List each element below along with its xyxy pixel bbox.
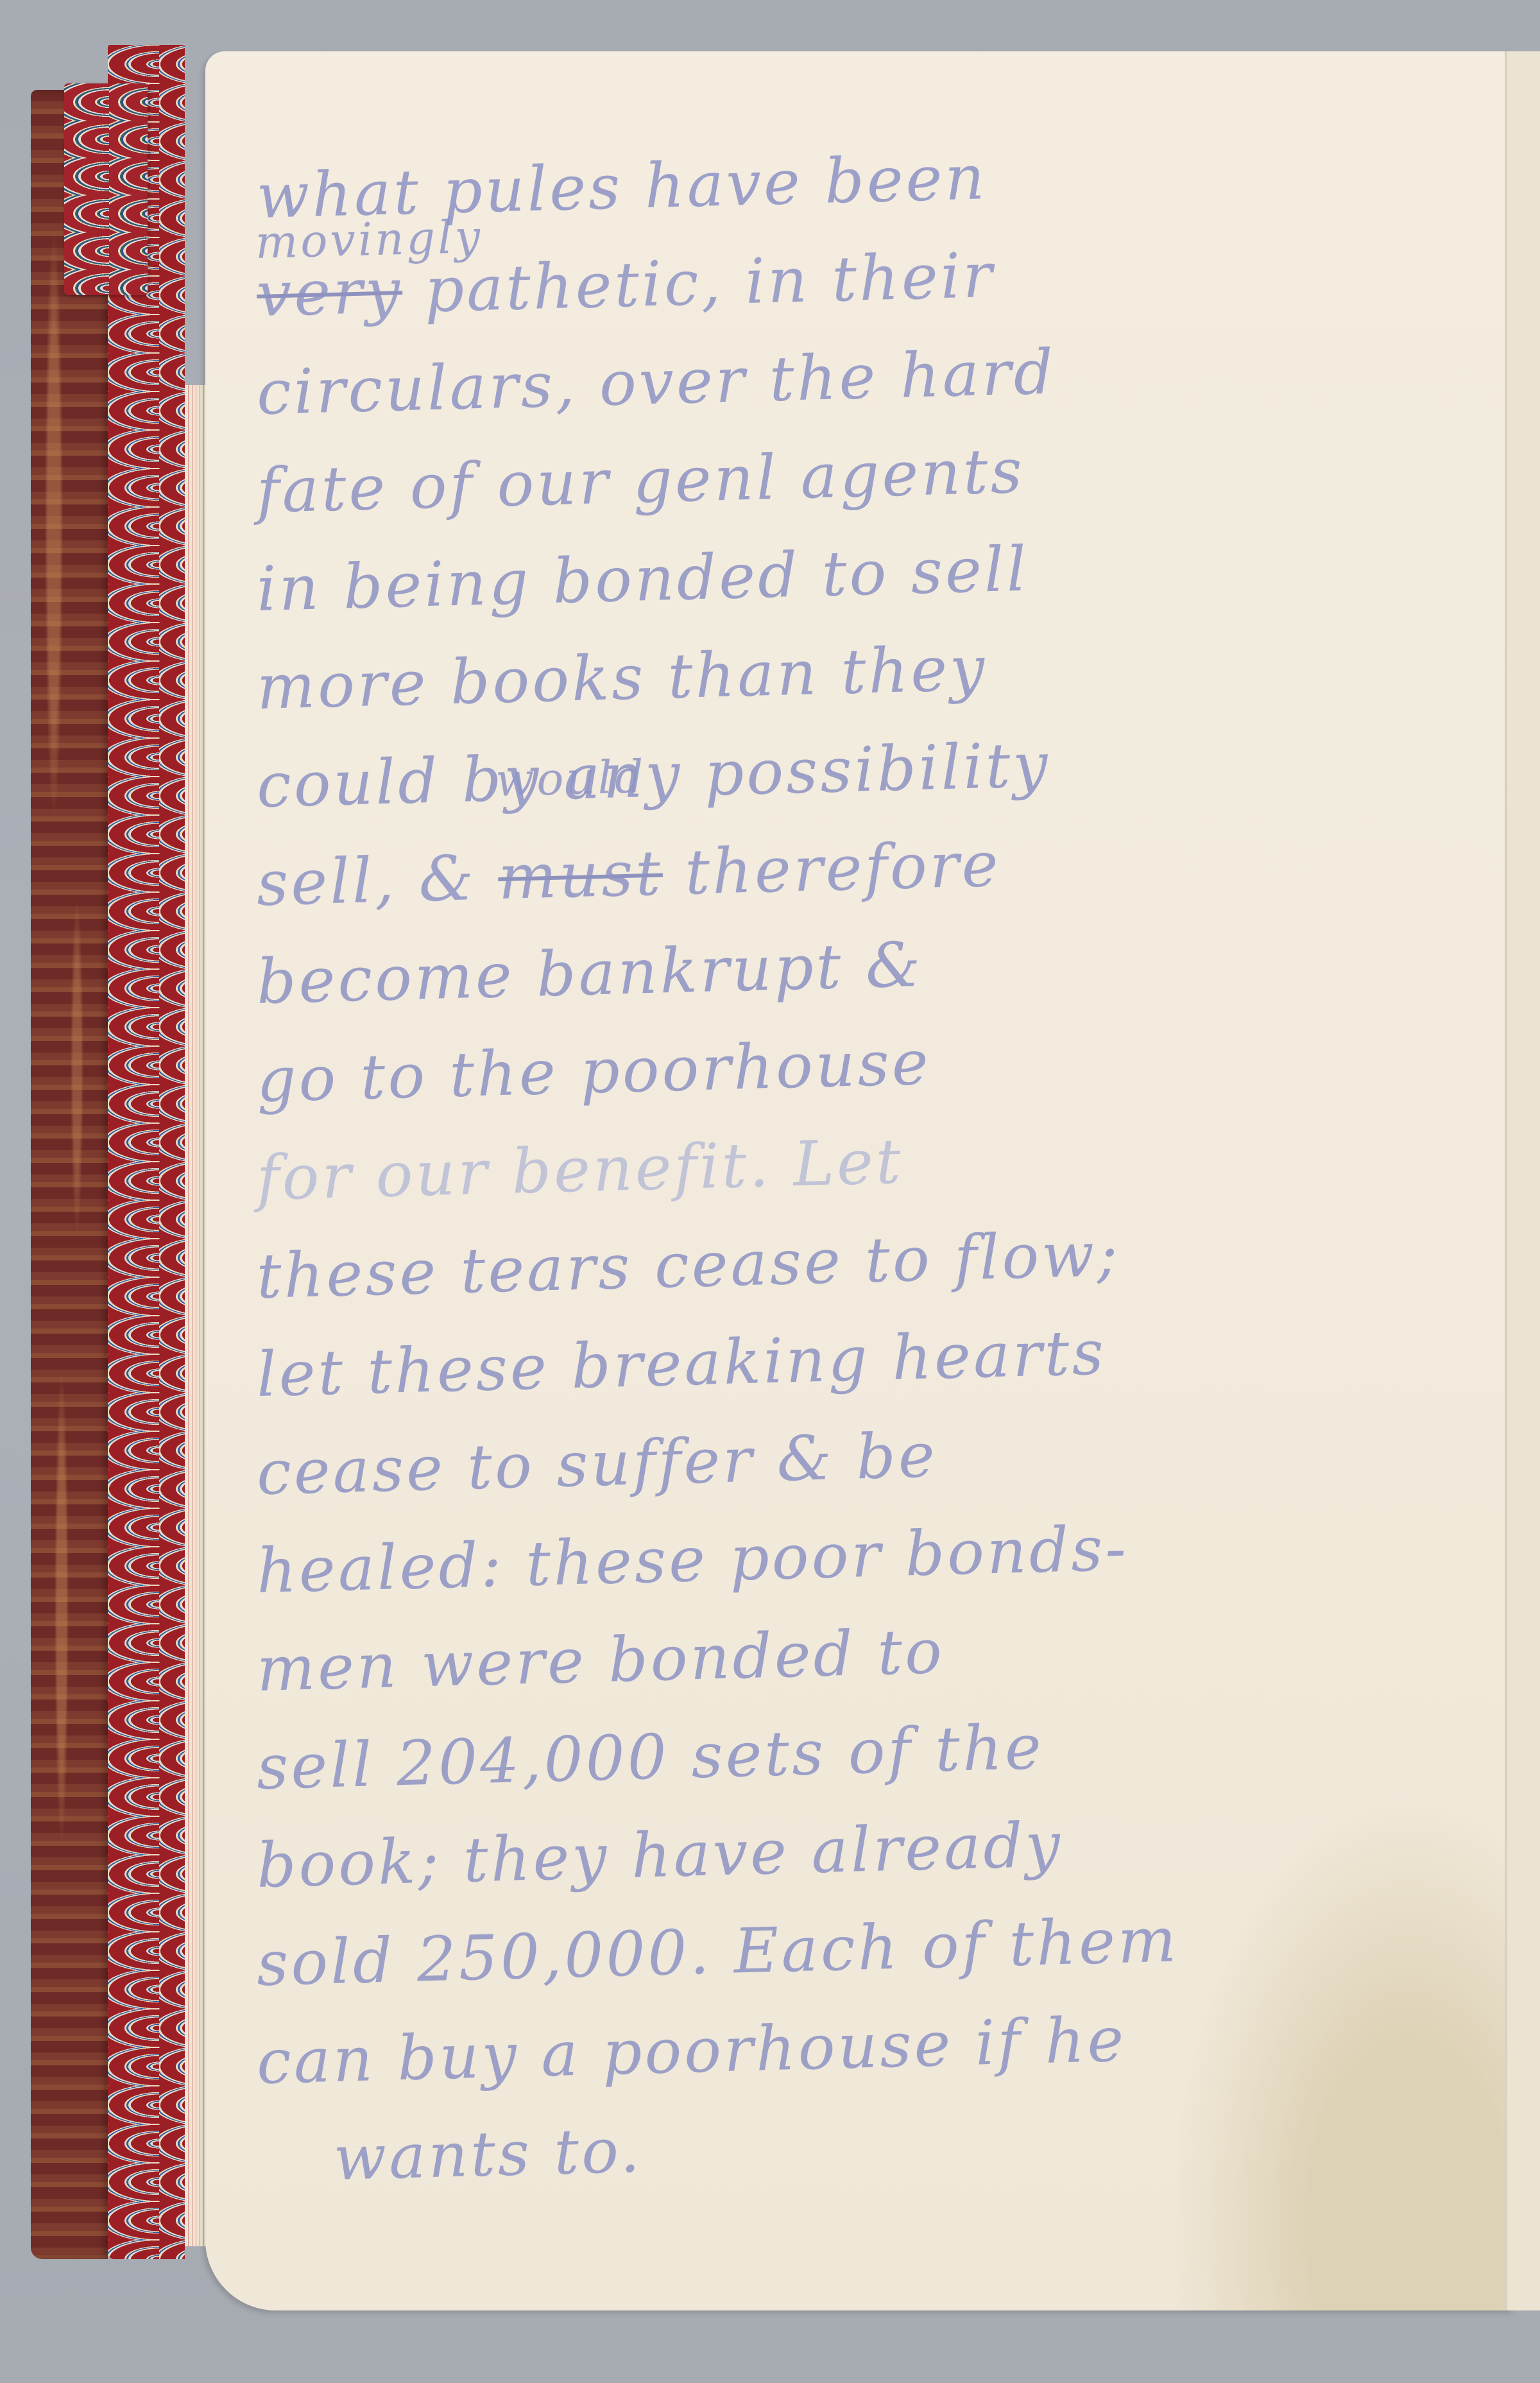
line-text: therefore [662, 829, 1001, 909]
line-text: could by any possibility [256, 729, 1051, 822]
line-text: fate of our genl agents [256, 435, 1026, 527]
marbled-page-edge [108, 45, 185, 2259]
line-text: book; they have already [256, 1809, 1064, 1902]
line-text: pathetic, in their [402, 239, 996, 327]
inserted-word: movingly [255, 214, 483, 265]
page-stack-edges [185, 385, 208, 2246]
line-text: for our benefit. Let [256, 1126, 904, 1214]
line-text: can buy a poorhouse if he [256, 2004, 1127, 2098]
line-text: cease to suffer & be [256, 1419, 938, 1509]
line-prefix: sell, & [256, 841, 499, 920]
line-text: men were bonded to [256, 1615, 946, 1705]
page-gutter [1505, 51, 1540, 2310]
handwritten-text: what pules have been movingly very pathe… [257, 148, 1347, 2210]
line-text: wants to. [332, 2114, 643, 2194]
line-text: let these breaking hearts [256, 1316, 1108, 1411]
line-text: sold 250,000. Each of them [256, 1904, 1180, 2000]
marbled-edge-corner [64, 83, 148, 295]
line-text: healed: these poor bonds- [256, 1512, 1130, 1607]
line-text: become bankrupt & [256, 929, 924, 1018]
inserted-word: would [495, 754, 646, 803]
line-text: in being bonded to sell [256, 533, 1030, 625]
line-text: go to the poorhouse [256, 1027, 932, 1116]
struck-word: must [497, 837, 664, 913]
leather-cover-spine [31, 90, 108, 2259]
line-text: sell 204,000 sets of the [256, 1711, 1045, 1803]
line-text: these tears cease to flow; [256, 1218, 1121, 1312]
line-text: more books than they [256, 632, 988, 723]
line-text: circulars, over the hard [256, 336, 1057, 429]
